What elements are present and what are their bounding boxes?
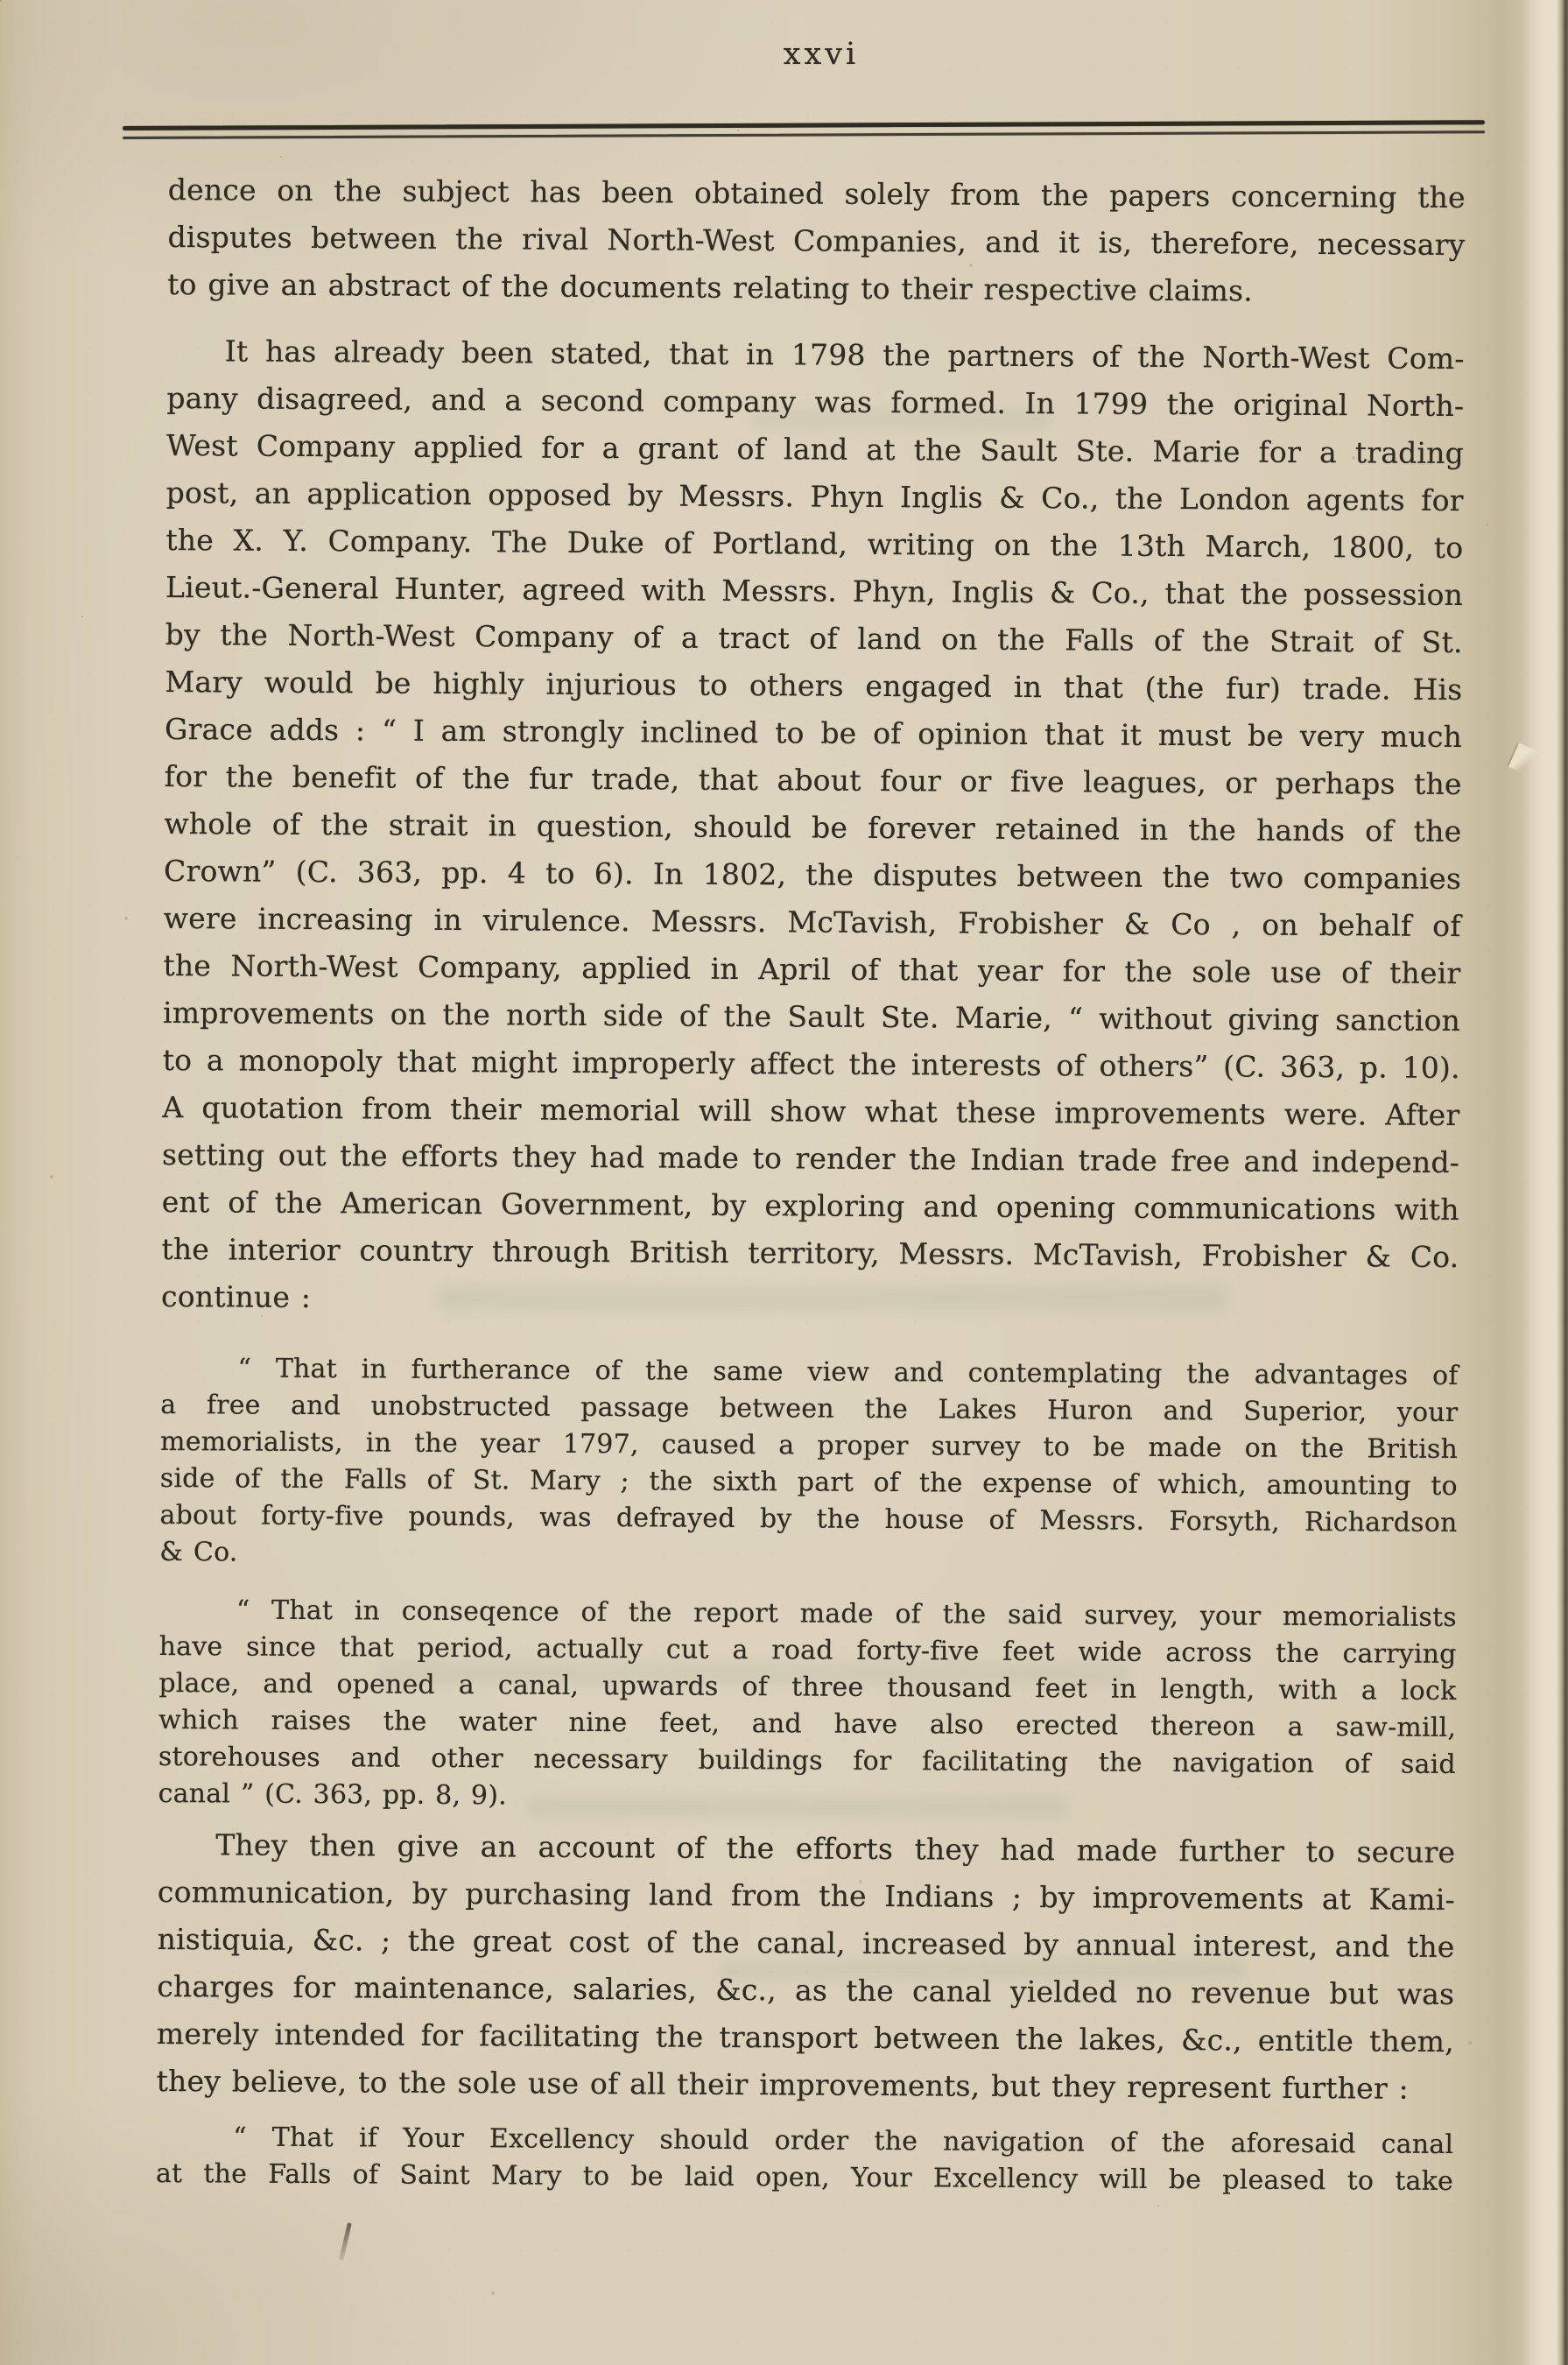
text-line: nistiquia, &c. ; the great cost of the c… <box>157 1916 1454 1971</box>
text-line: They then give an account of the efforts… <box>158 1821 1455 1876</box>
page-edge-tear <box>1507 743 1540 777</box>
text-line: continue : <box>161 1273 1459 1328</box>
text-line: improvements on the north side of the Sa… <box>163 989 1460 1045</box>
page-number: xxvi <box>751 37 891 72</box>
paper-specks <box>0 0 2 2</box>
text-line: by the North-West Company of a tract of … <box>165 611 1463 666</box>
text-line: the X. Y. Company. The Duke of Portland,… <box>165 517 1463 572</box>
text-line: A quotation from their memorial will sho… <box>162 1084 1459 1139</box>
text-line: communication, by purchasing land from t… <box>158 1869 1455 1924</box>
text-line: disputes between the rival North-West Co… <box>167 214 1465 269</box>
text-line: setting out the efforts they had made to… <box>162 1131 1459 1186</box>
text-block-6: “ That if Your Excellency should order t… <box>156 2119 1453 2200</box>
text-line: Mary would be highly injurious to others… <box>165 658 1462 714</box>
text-line: It has already been stated, that in 1798… <box>167 327 1465 383</box>
text-block-4: “ That in conseqence of the report made … <box>158 1592 1458 1820</box>
text-block-1: dence on the subject has been obtained s… <box>167 166 1466 316</box>
text-line: ent of the American Government, by explo… <box>162 1179 1459 1234</box>
text-block-5: They then give an account of the efforts… <box>156 1821 1455 2113</box>
stray-ink-mark <box>339 2222 352 2261</box>
scanned-book-page: xxvi dence on the subject has been obtai… <box>0 0 1568 2365</box>
text-line: were increasing in virulence. Messrs. Mc… <box>164 895 1461 950</box>
text-line: charges for maintenance, salaries, &c., … <box>157 1963 1454 2018</box>
text-line: Grace adds : “ I am strongly inclined to… <box>165 706 1462 761</box>
text-column: dence on the subject has been obtained s… <box>156 166 1466 2200</box>
text-line: for the benefit of the fur trade, that a… <box>165 753 1462 808</box>
rule-top-line <box>123 120 1485 130</box>
text-line: the North-West Company, applied in April… <box>163 942 1460 997</box>
text-line: whole of the strait in question, should … <box>164 800 1461 855</box>
text-line: merely intended for facilitating the tra… <box>157 2010 1454 2066</box>
text-line: Crown” (C. 363, pp. 4 to 6). In 1802, th… <box>164 848 1461 903</box>
header-double-rule <box>123 120 1485 139</box>
text-line: Lieut.-General Hunter, agreed with Messr… <box>165 564 1463 619</box>
text-line: to a monopoly that might improperly affe… <box>163 1037 1460 1092</box>
text-block-3: “ That in furtherance of the same view a… <box>159 1350 1459 1579</box>
rule-bottom-line <box>123 130 1485 139</box>
text-line: the interior country through British ter… <box>161 1226 1459 1281</box>
text-line: pany disagreed, and a second company was… <box>166 375 1464 430</box>
text-line: at the Falls of Saint Mary to be laid op… <box>156 2156 1453 2200</box>
text-block-2: It has already been stated, that in 1798… <box>161 327 1465 1328</box>
text-line: they believe, to the sole use of all the… <box>156 2058 1453 2113</box>
text-line: dence on the subject has been obtained s… <box>168 166 1466 222</box>
text-line: post, an application opposed by Messrs. … <box>166 469 1464 524</box>
text-line: West Company applied for a grant of land… <box>166 422 1464 477</box>
text-line: to give an abstract of the documents rel… <box>167 261 1465 316</box>
